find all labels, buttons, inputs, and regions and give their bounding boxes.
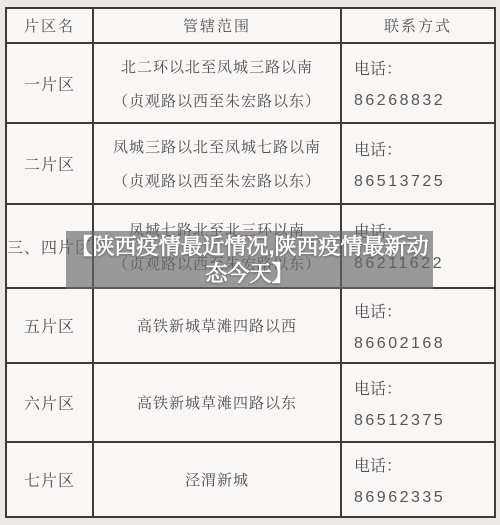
phone-number: 86513725 — [354, 173, 494, 191]
watermark-overlay: 【陕西疫情最近情况,陕西疫情最新动 态今天】 — [66, 231, 433, 289]
scope-cell: 泾渭新城 — [93, 442, 341, 517]
table-row: 六片区 高铁新城草滩四路以东 电话： 86512375 — [6, 363, 495, 442]
header-contact: 联系方式 — [341, 8, 495, 43]
watermark-text-line2: 态今天】 — [205, 260, 293, 288]
phone-cell: 电话： 86602168 — [341, 288, 495, 363]
scope-main: 泾渭新城 — [94, 469, 340, 490]
header-district: 片区名 — [6, 8, 93, 43]
phone-number: 86512375 — [354, 412, 494, 430]
scope-cell: 凤城三路以北至凤城七路以南 （贞观路以西至朱宏路以东） — [93, 123, 341, 204]
table-header-row: 片区名 管辖范围 联系方式 — [6, 8, 495, 43]
phone-label: 电话： — [354, 453, 494, 476]
phone-cell: 电话： 86513725 — [341, 123, 495, 204]
scope-main: 凤城三路以北至凤城七路以南 — [94, 136, 340, 157]
table-row: 二片区 凤城三路以北至凤城七路以南 （贞观路以西至朱宏路以东） 电话： 8651… — [6, 123, 495, 204]
district-cell: 二片区 — [6, 123, 93, 204]
phone-cell: 电话： 86268832 — [341, 43, 495, 123]
district-cell: 五片区 — [6, 288, 93, 363]
phone-number: 86268832 — [354, 92, 494, 110]
scope-sub: （贞观路以西至朱宏路以东） — [94, 170, 340, 191]
header-scope: 管辖范围 — [93, 8, 341, 43]
scope-main: 高铁新城草滩四路以东 — [94, 392, 340, 413]
phone-label: 电话： — [354, 376, 494, 399]
table-row: 五片区 高铁新城草滩四路以西 电话： 86602168 — [6, 288, 495, 363]
phone-cell: 电话： 86512375 — [341, 363, 495, 442]
table-row: 七片区 泾渭新城 电话： 86962335 — [6, 442, 495, 517]
scope-main: 北二环以北至凤城三路以南 — [94, 56, 340, 77]
phone-label: 电话： — [354, 56, 494, 79]
phone-cell: 电话： 86962335 — [341, 442, 495, 517]
phone-number: 86962335 — [354, 489, 494, 507]
district-cell: 六片区 — [6, 363, 93, 442]
phone-label: 电话： — [354, 137, 494, 160]
watermark-text-line1: 【陕西疫情最近情况,陕西疫情最新动 — [70, 233, 428, 261]
scope-cell: 北二环以北至凤城三路以南 （贞观路以西至朱宏路以东） — [93, 43, 341, 123]
page: 片区名 管辖范围 联系方式 一片区 北二环以北至凤城三路以南 （贞观路以西至朱宏… — [0, 0, 500, 525]
district-cell: 一片区 — [6, 43, 93, 123]
scope-sub: （贞观路以西至朱宏路以东） — [94, 90, 340, 111]
district-cell: 七片区 — [6, 442, 93, 517]
scope-main: 高铁新城草滩四路以西 — [94, 315, 340, 336]
phone-number: 86602168 — [354, 335, 494, 353]
phone-label: 电话： — [354, 299, 494, 322]
table-row: 一片区 北二环以北至凤城三路以南 （贞观路以西至朱宏路以东） 电话： 86268… — [6, 43, 495, 123]
scope-cell: 高铁新城草滩四路以东 — [93, 363, 341, 442]
scope-cell: 高铁新城草滩四路以西 — [93, 288, 341, 363]
